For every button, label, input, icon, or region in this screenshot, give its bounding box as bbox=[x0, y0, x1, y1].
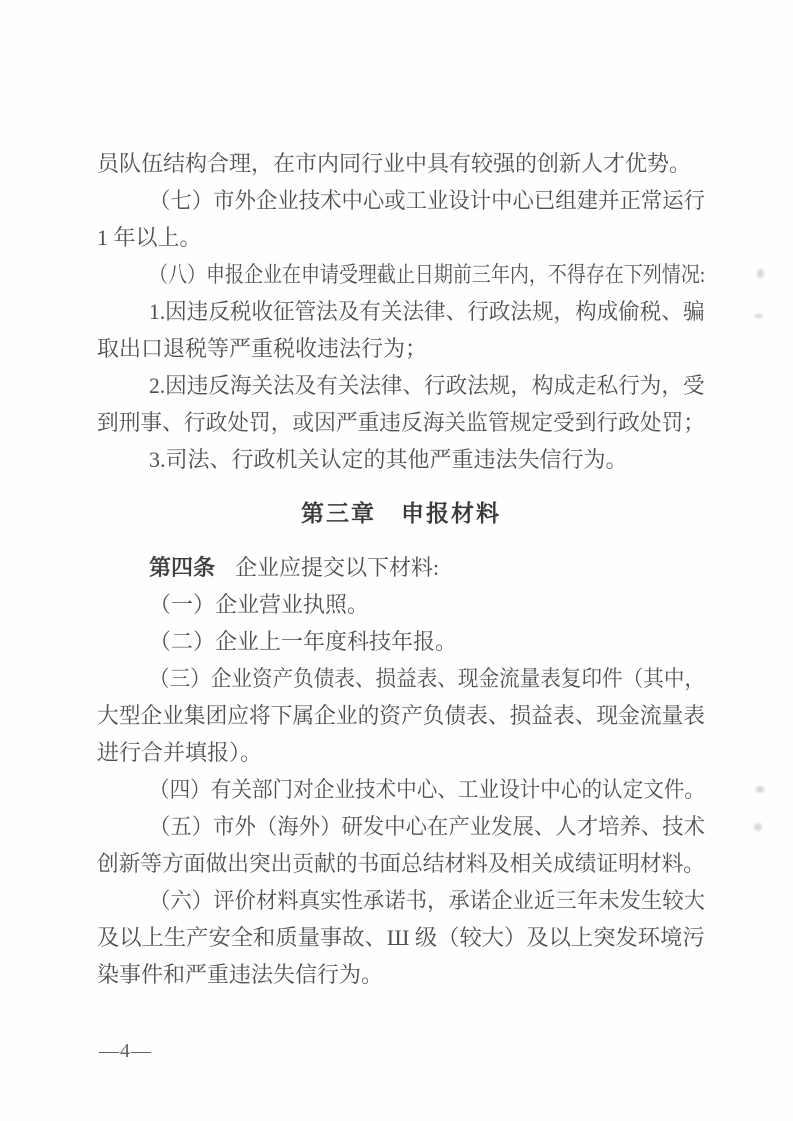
paragraph: （一）企业营业执照。 bbox=[97, 586, 705, 623]
text-line: （七）市外企业技术中心或工业设计中心已组建并正常运行 bbox=[97, 182, 705, 219]
text-line-content: 及以上生产安全和质量事故、Ш 级（较大）及以上突发环境污 bbox=[97, 919, 705, 956]
document-body: 员队伍结构合理，在市内同行业中具有较强的创新人才优势。（七）市外企业技术中心或工… bbox=[97, 145, 705, 993]
text-line: 第三章 申报材料 bbox=[97, 495, 705, 532]
text-line-content: 染事件和严重违法失信行为。 bbox=[97, 956, 383, 993]
scan-speck bbox=[754, 823, 762, 831]
text-line-content: 到刑事、行政处罚，或因严重违反海关监管规定受到行政处罚； bbox=[97, 404, 705, 441]
text-line-content: 3.司法、行政机关认定的其他严重违法失信行为。 bbox=[149, 441, 628, 478]
chapter-heading: 第三章 申报材料 bbox=[97, 495, 705, 532]
text-line-content: （二）企业上一年度科技年报。 bbox=[149, 623, 457, 660]
text-line: 取出口退税等严重税收违法行为； bbox=[97, 330, 705, 367]
paragraph: 2.因违反海关法及有关法律、行政法规，构成走私行为，受到刑事、行政处罚，或因严重… bbox=[97, 367, 705, 441]
paragraph: （六）评价材料真实性承诺书，承诺企业近三年未发生较大及以上生产安全和质量事故、Ш… bbox=[97, 882, 705, 993]
text-line-content: （七）市外企业技术中心或工业设计中心已组建并正常运行 bbox=[149, 182, 705, 219]
text-line: 到刑事、行政处罚，或因严重违反海关监管规定受到行政处罚； bbox=[97, 404, 705, 441]
text-line: （五）市外（海外）研发中心在产业发展、人才培养、技术 bbox=[97, 808, 705, 845]
paragraph: （七）市外企业技术中心或工业设计中心已组建并正常运行1 年以上。 bbox=[97, 182, 705, 256]
text-line: 1.因违反税收征管法及有关法律、行政法规，构成偷税、骗 bbox=[97, 293, 705, 330]
paragraph: （四）有关部门对企业技术中心、工业设计中心的认定文件。 bbox=[97, 771, 705, 808]
text-line-content: （四）有关部门对企业技术中心、工业设计中心的认定文件。 bbox=[149, 771, 705, 808]
text-line-content: （八）申报企业在申请受理截止日期前三年内，不得存在下列情况: bbox=[149, 256, 705, 293]
paragraph: 员队伍结构合理，在市内同行业中具有较强的创新人才优势。 bbox=[97, 145, 705, 182]
article-paragraph: 第四条企业应提交以下材料: bbox=[97, 549, 705, 586]
text-line-content: （六）评价材料真实性承诺书，承诺企业近三年未发生较大 bbox=[149, 882, 705, 919]
text-line-content: （五）市外（海外）研发中心在产业发展、人才培养、技术 bbox=[149, 808, 705, 845]
text-line-content: 进行合并填报）。 bbox=[97, 734, 262, 771]
text-line: 染事件和严重违法失信行为。 bbox=[97, 956, 705, 993]
text-line: 1 年以上。 bbox=[97, 219, 705, 256]
text-line: 及以上生产安全和质量事故、Ш 级（较大）及以上突发环境污 bbox=[97, 919, 705, 956]
text-line: 3.司法、行政机关认定的其他严重违法失信行为。 bbox=[97, 441, 705, 478]
paragraph: （二）企业上一年度科技年报。 bbox=[97, 623, 705, 660]
text-line: （八）申报企业在申请受理截止日期前三年内，不得存在下列情况: bbox=[97, 256, 705, 293]
text-line: 2.因违反海关法及有关法律、行政法规，构成走私行为，受 bbox=[97, 367, 705, 404]
text-line-content: 创新等方面做出突出贡献的书面总结材料及相关成绩证明材料。 bbox=[97, 845, 705, 882]
paragraph: 3.司法、行政机关认定的其他严重违法失信行为。 bbox=[97, 441, 705, 478]
scan-speck bbox=[754, 314, 763, 318]
text-line-content: 大型企业集团应将下属企业的资产负债表、损益表、现金流量表 bbox=[97, 697, 705, 734]
text-line: 第四条企业应提交以下材料: bbox=[97, 549, 705, 586]
article-number: 第四条 bbox=[149, 555, 215, 580]
text-line-content: 2.因违反海关法及有关法律、行政法规，构成走私行为，受 bbox=[149, 367, 705, 404]
text-line-content: 员队伍结构合理，在市内同行业中具有较强的创新人才优势。 bbox=[97, 145, 691, 182]
paragraph: （三）企业资产负债表、损益表、现金流量表复印件（其中，大型企业集团应将下属企业的… bbox=[97, 660, 705, 771]
paragraph: （五）市外（海外）研发中心在产业发展、人才培养、技术创新等方面做出突出贡献的书面… bbox=[97, 808, 705, 882]
text-line: （三）企业资产负债表、损益表、现金流量表复印件（其中， bbox=[97, 660, 705, 697]
text-line-content: 1 年以上。 bbox=[97, 219, 202, 256]
page-number: —4— bbox=[99, 1036, 152, 1066]
text-line-content: 第四条企业应提交以下材料: bbox=[149, 549, 439, 586]
paragraph: 1.因违反税收征管法及有关法律、行政法规，构成偷税、骗取出口退税等严重税收违法行… bbox=[97, 293, 705, 367]
text-line: （一）企业营业执照。 bbox=[97, 586, 705, 623]
document-page: 员队伍结构合理，在市内同行业中具有较强的创新人才优势。（七）市外企业技术中心或工… bbox=[0, 0, 793, 1121]
text-line-content: （三）企业资产负债表、损益表、现金流量表复印件（其中， bbox=[149, 660, 705, 697]
text-line: （四）有关部门对企业技术中心、工业设计中心的认定文件。 bbox=[97, 771, 705, 808]
text-line: （六）评价材料真实性承诺书，承诺企业近三年未发生较大 bbox=[97, 882, 705, 919]
text-line: （二）企业上一年度科技年报。 bbox=[97, 623, 705, 660]
text-line-content: （一）企业营业执照。 bbox=[149, 586, 369, 623]
text-line: 员队伍结构合理，在市内同行业中具有较强的创新人才优势。 bbox=[97, 145, 705, 182]
text-line-content: 1.因违反税收征管法及有关法律、行政法规，构成偷税、骗 bbox=[149, 293, 705, 330]
text-line: 创新等方面做出突出贡献的书面总结材料及相关成绩证明材料。 bbox=[97, 845, 705, 882]
paragraph: （八）申报企业在申请受理截止日期前三年内，不得存在下列情况: bbox=[97, 256, 705, 293]
text-line-content: 第三章 申报材料 bbox=[301, 495, 501, 532]
text-line: 进行合并填报）。 bbox=[97, 734, 705, 771]
text-line: 大型企业集团应将下属企业的资产负债表、损益表、现金流量表 bbox=[97, 697, 705, 734]
scan-speck bbox=[757, 269, 764, 278]
scan-speck bbox=[756, 786, 764, 793]
text-line-content: 取出口退税等严重税收违法行为； bbox=[97, 330, 427, 367]
